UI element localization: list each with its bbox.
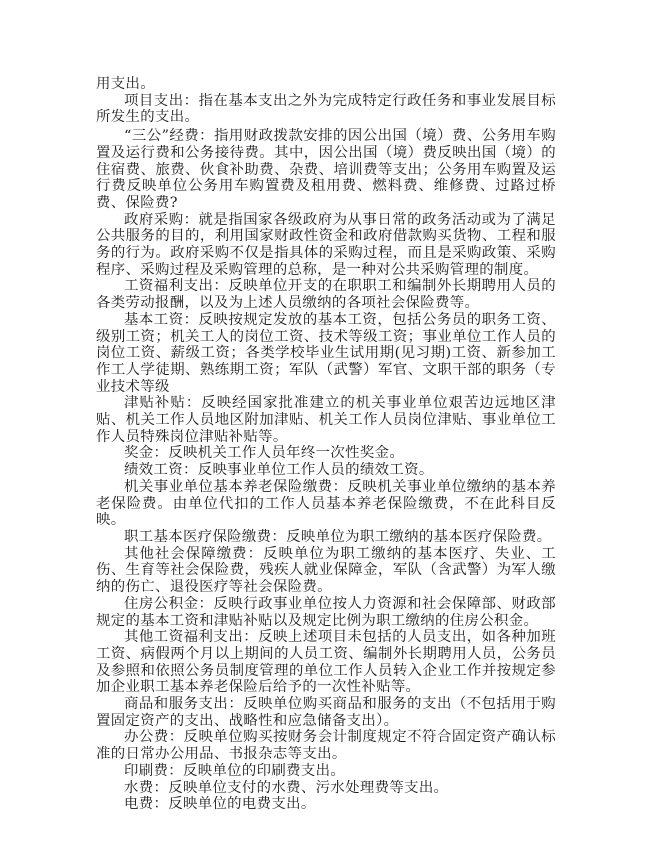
paragraph-other-social-security: 其他社会保障缴费：反映单位为职工缴纳的基本医疗、失业、工伤、生育等社会保险费，残… — [96, 546, 556, 596]
paragraph-goods-services: 商品和服务支出：反映单位购买商品和服务的支出（不包括用于购置固定资产的支出、战略… — [96, 696, 556, 729]
paragraph-three-public-expenses: “三公”经费：指用财政拨款安排的因公出国（境）费、公务用车购置及运行费和公务接待… — [96, 128, 556, 212]
paragraph-government-procurement: 政府采购：就是指国家各级政府为从事日常的政务活动或为了满足公共服务的目的，利用国… — [96, 212, 556, 279]
paragraph-performance-wage: 绩效工资：反映事业单位工作人员的绩效工资。 — [96, 462, 556, 479]
paragraph-allowances: 津贴补贴：反映经国家批准建立的机关事业单位艰苦边远地区津贴、机关工作人员地区附加… — [96, 395, 556, 445]
paragraph-electricity-expenses: 电费：反映单位的电费支出。 — [96, 796, 556, 813]
paragraph-other-wage-welfare: 其他工资福利支出：反映上述项目未包括的人员支出，如各种加班工资、病假两个月以上期… — [96, 629, 556, 696]
paragraph-office-expenses: 办公费：反映单位购买按财务会计制度规定不符合固定资产确认标准的日常办公用品、书报… — [96, 729, 556, 762]
paragraph-pension-insurance: 机关事业单位基本养老保险缴费：反映机关事业单位缴纳的基本养老保险费。由单位代扣的… — [96, 479, 556, 529]
paragraph-medical-insurance: 职工基本医疗保险缴费：反映单位为职工缴纳的基本医疗保险费。 — [96, 529, 556, 546]
paragraph-basic-wage: 基本工资：反映按规定发放的基本工资，包括公务员的职务工资、级别工资；机关工人的岗… — [96, 312, 556, 396]
paragraph-project-expenditure: 项目支出：指在基本支出之外为完成特定行政任务和事业发展目标所发生的支出。 — [96, 93, 556, 126]
paragraph-continuation: 用支出。 — [96, 76, 556, 93]
paragraph-bonus: 奖金：反映机关工作人员年终一次性奖金。 — [96, 445, 556, 462]
paragraph-printing-expenses: 印刷费：反映单位的印刷费支出。 — [96, 763, 556, 780]
document-page: 用支出。 项目支出：指在基本支出之外为完成特定行政任务和事业发展目标所发生的支出… — [96, 76, 556, 813]
paragraph-housing-fund: 住房公积金：反映行政事业单位按人力资源和社会保障部、财政部规定的基本工资和津贴补… — [96, 596, 556, 629]
paragraph-water-expenses: 水费：反映单位支付的水费、污水处理费等支出。 — [96, 780, 556, 797]
paragraph-wage-welfare: 工资福利支出：反映单位开支的在职职工和编制外长期聘用人员的各类劳动报酬，以及为上… — [96, 278, 556, 311]
